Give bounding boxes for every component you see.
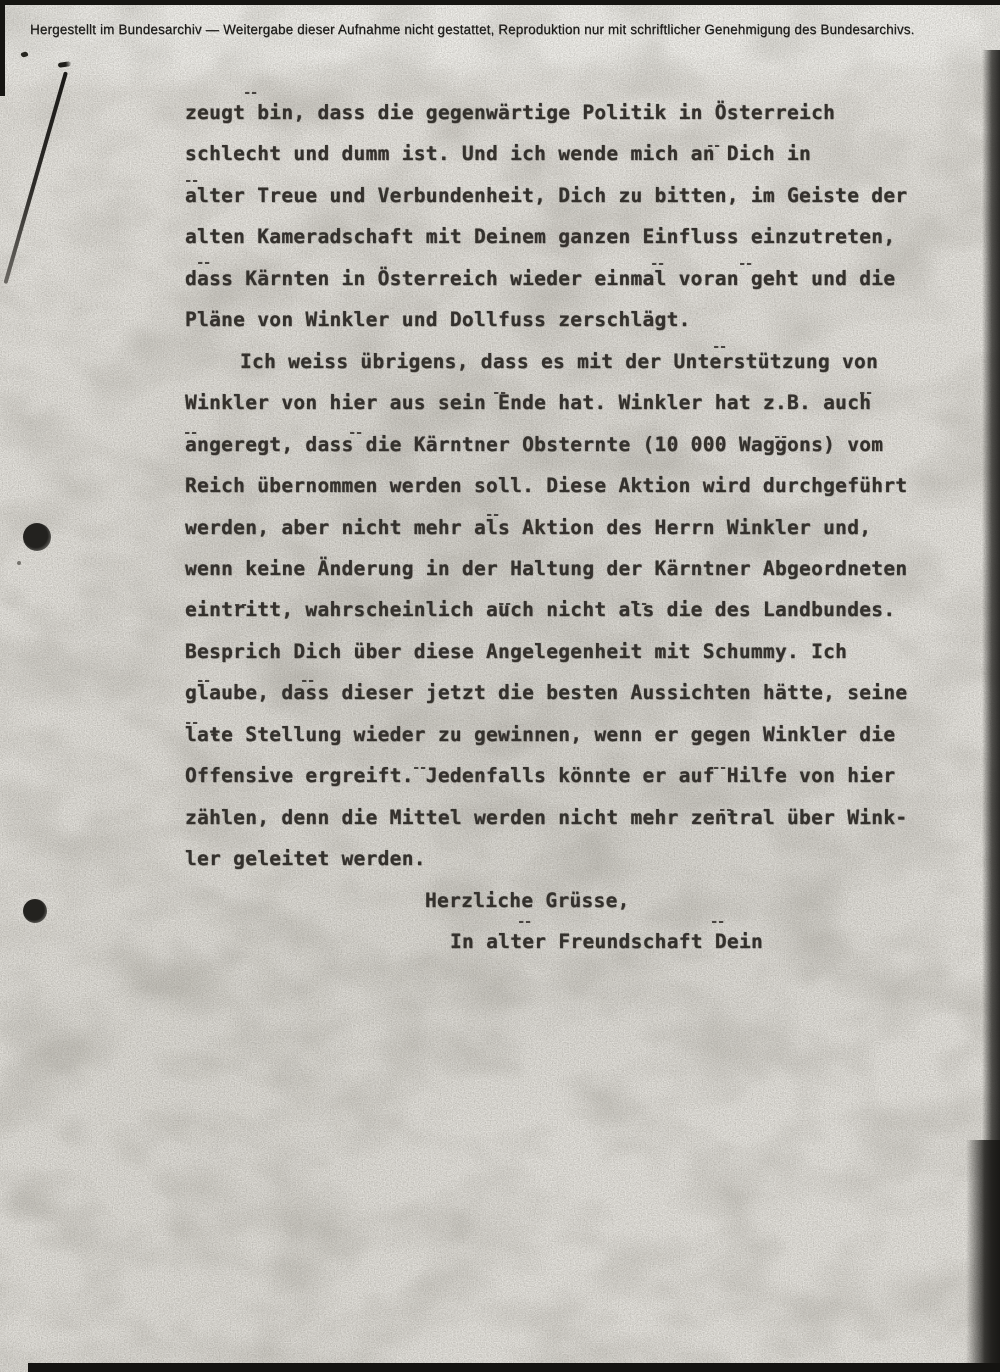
stray-diacritic-mark: --	[773, 430, 787, 444]
typewriter-line: Besprich Dich über diese Angelegenheit m…	[185, 642, 847, 662]
typewriter-line: Pläne von Winkler und Dollfuss zerschläg…	[185, 310, 691, 330]
typewriter-line: alter Treue und Verbundenheit, Dich zu b…	[185, 186, 907, 206]
typewriter-line: Reich übernommen werden soll. Diese Akti…	[185, 476, 907, 496]
scanned-letter-page: Hergestellt im Bundesarchiv — Weitergabe…	[0, 0, 1000, 1372]
corner-crease-line	[3, 71, 67, 284]
typewriter-line: laŧe Stellung wieder zu gewinnen, wenn e…	[185, 725, 895, 745]
stray-diacritic-mark: --	[633, 597, 647, 611]
typewriter-line: ler geleitet werden.	[185, 849, 426, 869]
typewriter-line: In alter Freundschaft Dein	[450, 932, 763, 952]
archive-stamp: Hergestellt im Bundesarchiv — Weitergabe…	[30, 22, 980, 37]
stray-diacritic-mark: --	[183, 426, 197, 440]
stray-diacritic-mark: --	[712, 340, 726, 354]
typewriter-line: Winkler von hier aus sein Ende hat. Wink…	[185, 393, 871, 413]
photo-edge-top	[0, 0, 1000, 5]
stray-diacritic-mark: --	[196, 256, 210, 270]
stray-diacritic-mark: --	[710, 915, 724, 929]
stray-diacritic-mark: --	[650, 257, 664, 271]
stray-diacritic-mark: --	[706, 139, 720, 153]
stray-diacritic-mark: --	[196, 674, 210, 688]
ink-speck	[20, 51, 28, 58]
stray-diacritic-mark: --	[712, 761, 726, 775]
stray-diacritic-mark: --	[718, 803, 732, 817]
typewriter-line: glaube, dass dieser jetzt die besten Aus…	[185, 683, 907, 703]
stray-diacritic-mark: --	[184, 174, 198, 188]
stray-diacritic-mark: --	[485, 508, 499, 522]
stray-diacritic-mark: --	[412, 761, 426, 775]
ink-speck	[58, 61, 72, 68]
stray-diacritic-mark: --	[233, 598, 247, 612]
typewriter-line: eintritt, wahrscheinlich auch nicht als …	[185, 600, 895, 620]
typewriter-line: alten Kameradschaft mit Deinem ganzen Ei…	[185, 227, 895, 247]
typewriter-line: zählen, denn die Mittel werden nicht meh…	[185, 808, 907, 828]
typewriter-line: dass Kärnten in Österreich wieder einmal…	[185, 269, 895, 289]
typewriter-line: Herzliche Grüsse,	[425, 891, 630, 911]
stray-diacritic-mark: --	[243, 86, 257, 100]
ink-speck	[17, 561, 21, 565]
archive-stamp-text: Hergestellt im Bundesarchiv — Weitergabe…	[30, 22, 915, 37]
stray-diacritic-mark: --	[858, 386, 872, 400]
stray-diacritic-mark: --	[300, 674, 314, 688]
typewriter-line: Ich weiss übrigens, dass es mit der Unte…	[240, 352, 878, 372]
stray-diacritic-mark: --	[738, 257, 752, 271]
stray-diacritic-mark: --	[497, 597, 511, 611]
typewriter-line: werden, aber nicht mehr als Aktion des H…	[185, 518, 871, 538]
photo-edge-left	[0, 0, 5, 96]
typewriter-line: Offensive ergreift. Jedenfalls könnte er…	[185, 766, 895, 786]
typewriter-line: zeugt bin, dass die gegenwärtige Politik…	[185, 103, 835, 123]
photo-edge-bottom	[28, 1363, 1000, 1372]
photo-edge-right-lower	[966, 1140, 1000, 1372]
stray-diacritic-mark: --	[517, 915, 531, 929]
hole-punch-mark	[23, 523, 51, 551]
stray-diacritic-mark: --	[348, 426, 362, 440]
stray-diacritic-mark: --	[492, 386, 506, 400]
typewriter-line: wenn keine Änderung in der Haltung der K…	[185, 559, 907, 579]
hole-punch-mark	[23, 899, 47, 923]
stray-diacritic-mark: --	[184, 716, 198, 730]
